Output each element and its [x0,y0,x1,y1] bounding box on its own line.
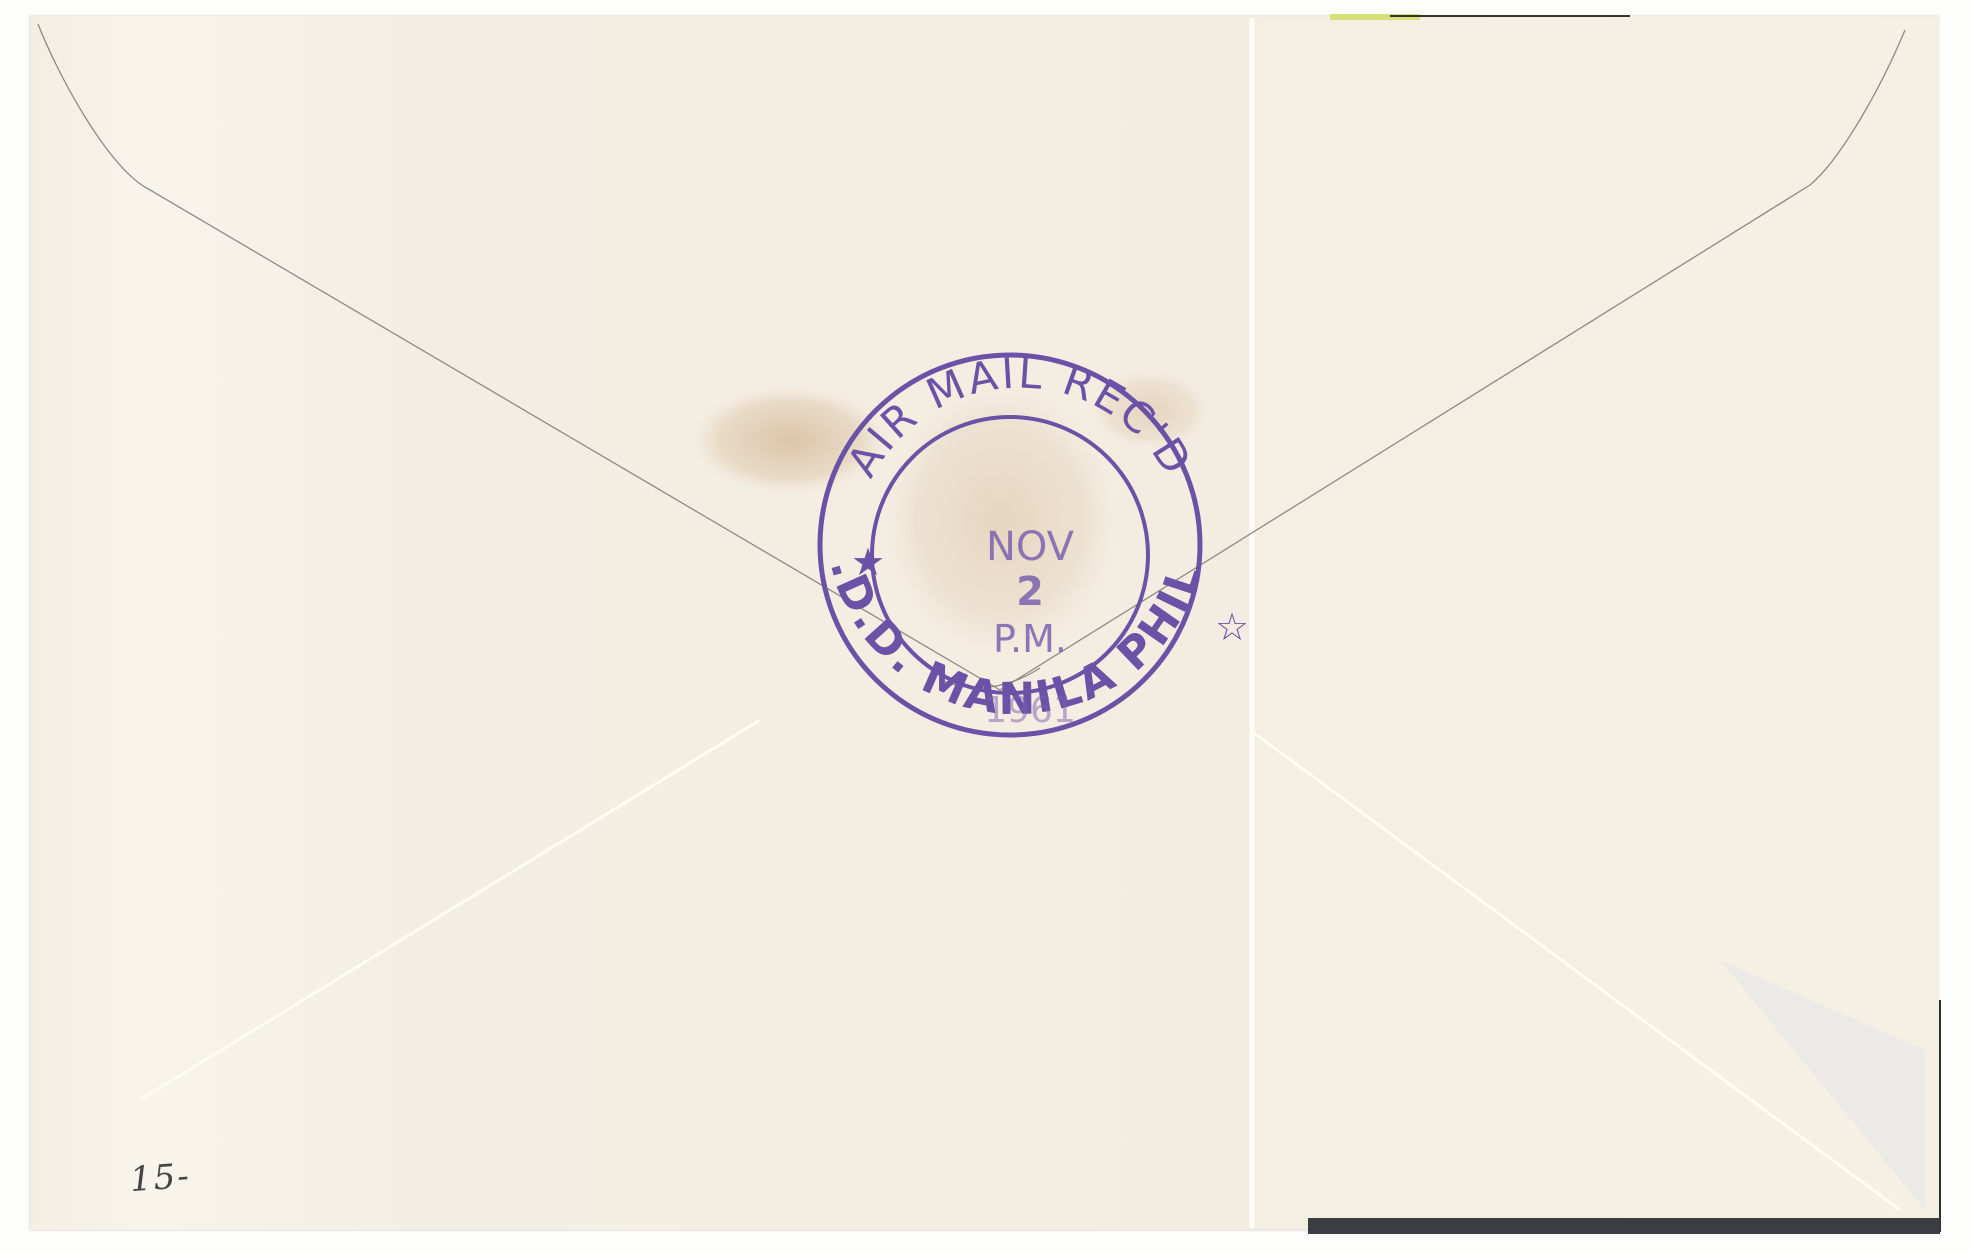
postmark-time: P.M. [993,617,1067,661]
pencil-note: 15- [129,1156,192,1200]
postmark-day: 2 [1016,569,1044,615]
postmark-year: 1961 [984,690,1076,731]
star-right-icon: ☆ [1215,605,1249,649]
bottom-dark-strip [1308,1218,1940,1234]
envelope-artwork: AIR MAIL REC'D C.D.D. MANILA PHIL. ★ ☆ N… [0,0,1971,1253]
postmark-month: NOV [986,524,1075,570]
bottom-crease-left [140,720,760,1100]
star-left-icon: ★ [851,540,885,584]
